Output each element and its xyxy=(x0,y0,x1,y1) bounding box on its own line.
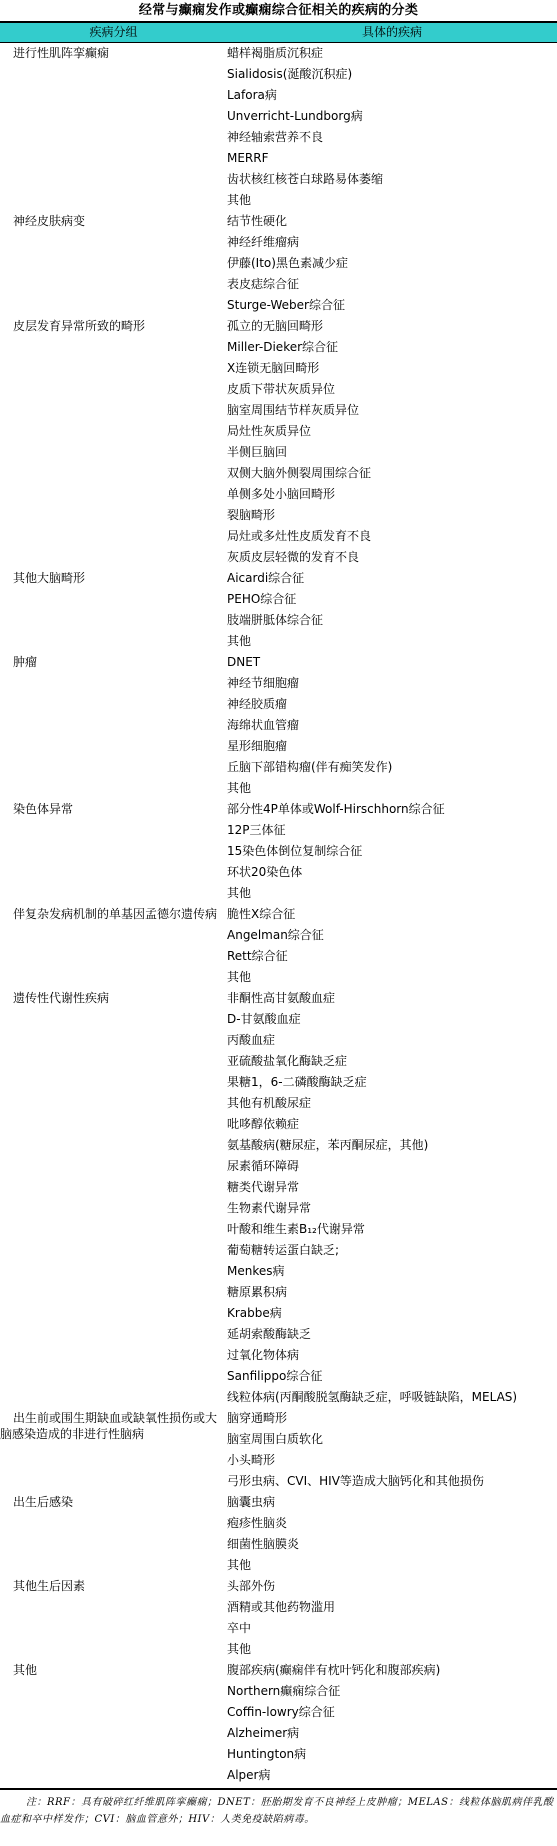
disease-item: Northern癫痫综合征 xyxy=(227,1681,557,1702)
disease-item: 环状20染色体 xyxy=(227,862,557,883)
disease-item: 果糖1，6-二磷酸酶缺乏症 xyxy=(227,1072,557,1093)
table-row-group: 其他生后因素头部外伤酒精或其他药物滥用卒中其他 xyxy=(0,1576,557,1660)
disease-item: 丙酸血症 xyxy=(227,1030,557,1051)
disease-item: 脑囊虫病 xyxy=(227,1492,557,1513)
disease-item: Alper病 xyxy=(227,1765,557,1786)
disease-item: D-甘氨酸血症 xyxy=(227,1009,557,1030)
disease-item: 神经节细胞瘤 xyxy=(227,673,557,694)
table-row-group: 伴复杂发病机制的单基因孟德尔遗传病脆性X综合征Angelman综合征Rett综合… xyxy=(0,904,557,988)
disease-item: Alzheimer病 xyxy=(227,1723,557,1744)
disease-item: 双侧大脑外侧裂周围综合征 xyxy=(227,463,557,484)
disease-item: 非酮性高甘氨酸血症 xyxy=(227,988,557,1009)
disease-item: 脆性X综合征 xyxy=(227,904,557,925)
disease-list: 蜡样褐脂质沉积症Sialidosis(涎酸沉积症)Lafora病Unverric… xyxy=(227,43,557,211)
group-name: 出生前或围生期缺血或缺氧性损伤或大脑感染造成的非进行性脑病 xyxy=(0,1408,227,1492)
disease-item: 脑室周围结节样灰质异位 xyxy=(227,400,557,421)
disease-item: 部分性4P单体或Wolf-Hirschhorn综合征 xyxy=(227,799,557,820)
disease-item: 其他 xyxy=(227,883,557,904)
disease-item: 腹部疾病(癫痫伴有枕叶钙化和腹部疾病) xyxy=(227,1660,557,1681)
disease-item: 卒中 xyxy=(227,1618,557,1639)
disease-item: 糖类代谢异常 xyxy=(227,1177,557,1198)
disease-list: 脑穿通畸形脑室周围白质软化小头畸形弓形虫病、CVI、HIV等造成大脑钙化和其他损… xyxy=(227,1408,557,1492)
group-name: 遗传性代谢性疾病 xyxy=(0,988,227,1408)
table-header: 疾病分组 具体的疾病 xyxy=(0,21,557,43)
disease-item: 结节性硬化 xyxy=(227,211,557,232)
table-row-group: 遗传性代谢性疾病非酮性高甘氨酸血症D-甘氨酸血症丙酸血症亚硫酸盐氧化酶缺乏症果糖… xyxy=(0,988,557,1408)
disease-item: Krabbe病 xyxy=(227,1303,557,1324)
disease-item: 其他 xyxy=(227,967,557,988)
group-name: 伴复杂发病机制的单基因孟德尔遗传病 xyxy=(0,904,227,988)
disease-item: 肢端胼胝体综合征 xyxy=(227,610,557,631)
disease-item: Rett综合征 xyxy=(227,946,557,967)
disease-item: 弓形虫病、CVI、HIV等造成大脑钙化和其他损伤 xyxy=(227,1471,557,1492)
disease-list: 非酮性高甘氨酸血症D-甘氨酸血症丙酸血症亚硫酸盐氧化酶缺乏症果糖1，6-二磷酸酶… xyxy=(227,988,557,1408)
disease-item: 脑室周围白质软化 xyxy=(227,1429,557,1450)
disease-item: 神经纤维瘤病 xyxy=(227,232,557,253)
disease-list: 脆性X综合征Angelman综合征Rett综合征其他 xyxy=(227,904,557,988)
table-row-group: 神经皮肤病变结节性硬化神经纤维瘤病伊藤(Ito)黑色素减少症表皮痣综合征Stur… xyxy=(0,211,557,316)
disease-item: 其他 xyxy=(227,1555,557,1576)
header-specific-disease: 具体的疾病 xyxy=(227,23,557,42)
disease-item: 皮质下带状灰质异位 xyxy=(227,379,557,400)
disease-item: 头部外伤 xyxy=(227,1576,557,1597)
table-row-group: 肿瘤DNET神经节细胞瘤神经胶质瘤海绵状血管瘤星形细胞瘤丘脑下部错构瘤(伴有痴笑… xyxy=(0,652,557,799)
disease-item: Coffin-lowry综合征 xyxy=(227,1702,557,1723)
disease-item: Lafora病 xyxy=(227,85,557,106)
group-name: 染色体异常 xyxy=(0,799,227,904)
disease-list: DNET神经节细胞瘤神经胶质瘤海绵状血管瘤星形细胞瘤丘脑下部错构瘤(伴有痴笑发作… xyxy=(227,652,557,799)
table-row-group: 出生前或围生期缺血或缺氧性损伤或大脑感染造成的非进行性脑病脑穿通畸形脑室周围白质… xyxy=(0,1408,557,1492)
disease-list: 结节性硬化神经纤维瘤病伊藤(Ito)黑色素减少症表皮痣综合征Sturge-Web… xyxy=(227,211,557,316)
disease-list: 孤立的无脑回畸形Miller-Dieker综合征X连锁无脑回畸形皮质下带状灰质异… xyxy=(227,316,557,568)
disease-item: 叶酸和维生素B₁₂代谢异常 xyxy=(227,1219,557,1240)
disease-item: 亚硫酸盐氧化酶缺乏症 xyxy=(227,1051,557,1072)
disease-item: 丘脑下部错构瘤(伴有痴笑发作) xyxy=(227,757,557,778)
disease-item: 单侧多处小脑回畸形 xyxy=(227,484,557,505)
disease-item: 其他 xyxy=(227,1639,557,1660)
group-name: 其他大脑畸形 xyxy=(0,568,227,652)
disease-item: DNET xyxy=(227,652,557,673)
disease-item: X连锁无脑回畸形 xyxy=(227,358,557,379)
disease-list: Aicardi综合征PEHO综合征肢端胼胝体综合征其他 xyxy=(227,568,557,652)
disease-item: 延胡索酸酶缺乏 xyxy=(227,1324,557,1345)
group-name: 皮层发育异常所致的畸形 xyxy=(0,316,227,568)
group-name: 神经皮肤病变 xyxy=(0,211,227,316)
disease-item: PEHO综合征 xyxy=(227,589,557,610)
disease-item: Unverricht-Lundborg病 xyxy=(227,106,557,127)
disease-item: 小头畸形 xyxy=(227,1450,557,1471)
disease-item: MERRF xyxy=(227,148,557,169)
table-row-group: 染色体异常部分性4P单体或Wolf-Hirschhorn综合征12P三体征15染… xyxy=(0,799,557,904)
table-row-group: 其他大脑畸形Aicardi综合征PEHO综合征肢端胼胝体综合征其他 xyxy=(0,568,557,652)
disease-classification-table: 疾病分组 具体的疾病 进行性肌阵挛癫痫蜡样褐脂质沉积症Sialidosis(涎酸… xyxy=(0,21,557,1828)
group-name: 其他生后因素 xyxy=(0,1576,227,1660)
disease-list: 部分性4P单体或Wolf-Hirschhorn综合征12P三体征15染色体倒位复… xyxy=(227,799,557,904)
disease-item: 神经胶质瘤 xyxy=(227,694,557,715)
disease-item: 过氧化物体病 xyxy=(227,1345,557,1366)
table-body: 进行性肌阵挛癫痫蜡样褐脂质沉积症Sialidosis(涎酸沉积症)Lafora病… xyxy=(0,43,557,1786)
group-name: 肿瘤 xyxy=(0,652,227,799)
disease-item: Angelman综合征 xyxy=(227,925,557,946)
disease-item: 海绵状血管瘤 xyxy=(227,715,557,736)
disease-item: 葡萄糖转运蛋白缺乏; xyxy=(227,1240,557,1261)
table-title: 经常与癫痫发作或癫痫综合征相关的疾病的分类 xyxy=(0,0,557,21)
disease-item: 其他 xyxy=(227,631,557,652)
footnote: 注：RRF：具有破碎红纤维肌阵挛癫痫；DNET：胚胎期发育不良神经上皮肿瘤；ME… xyxy=(0,1790,557,1828)
disease-item: Aicardi综合征 xyxy=(227,568,557,589)
disease-item: 半侧巨脑回 xyxy=(227,442,557,463)
disease-item: 线粒体病(丙酮酸脱氢酶缺乏症，呼吸链缺陷，MELAS) xyxy=(227,1387,557,1408)
disease-item: 氨基酸病(糖尿症，苯丙酮尿症，其他) xyxy=(227,1135,557,1156)
disease-item: 伊藤(Ito)黑色素减少症 xyxy=(227,253,557,274)
disease-item: 其他 xyxy=(227,190,557,211)
header-disease-group: 疾病分组 xyxy=(0,23,227,42)
disease-item: 吡哆醇依赖症 xyxy=(227,1114,557,1135)
table-row-group: 其他腹部疾病(癫痫伴有枕叶钙化和腹部疾病)Northern癫痫综合征Coffin… xyxy=(0,1660,557,1786)
group-name: 出生后感染 xyxy=(0,1492,227,1576)
disease-item: 蜡样褐脂质沉积症 xyxy=(227,43,557,64)
disease-item: Miller-Dieker综合征 xyxy=(227,337,557,358)
table-row-group: 进行性肌阵挛癫痫蜡样褐脂质沉积症Sialidosis(涎酸沉积症)Lafora病… xyxy=(0,43,557,211)
disease-item: Huntington病 xyxy=(227,1744,557,1765)
disease-item: Sturge-Weber综合征 xyxy=(227,295,557,316)
disease-item: 神经轴索营养不良 xyxy=(227,127,557,148)
disease-item: Menkes病 xyxy=(227,1261,557,1282)
disease-list: 腹部疾病(癫痫伴有枕叶钙化和腹部疾病)Northern癫痫综合征Coffin-l… xyxy=(227,1660,557,1786)
disease-item: 酒精或其他药物滥用 xyxy=(227,1597,557,1618)
disease-item: 灰质皮层轻微的发育不良 xyxy=(227,547,557,568)
disease-item: 表皮痣综合征 xyxy=(227,274,557,295)
disease-item: 12P三体征 xyxy=(227,820,557,841)
disease-item: 尿素循环障碍 xyxy=(227,1156,557,1177)
disease-list: 脑囊虫病疱疹性脑炎细菌性脑膜炎其他 xyxy=(227,1492,557,1576)
disease-item: 星形细胞瘤 xyxy=(227,736,557,757)
disease-item: 生物素代谢异常 xyxy=(227,1198,557,1219)
disease-item: 15染色体倒位复制综合征 xyxy=(227,841,557,862)
group-name: 进行性肌阵挛癫痫 xyxy=(0,43,227,211)
disease-item: 细菌性脑膜炎 xyxy=(227,1534,557,1555)
disease-item: Sialidosis(涎酸沉积症) xyxy=(227,64,557,85)
disease-item: 裂脑畸形 xyxy=(227,505,557,526)
disease-item: 其他有机酸尿症 xyxy=(227,1093,557,1114)
disease-item: 疱疹性脑炎 xyxy=(227,1513,557,1534)
disease-item: 局灶或多灶性皮质发育不良 xyxy=(227,526,557,547)
disease-list: 头部外伤酒精或其他药物滥用卒中其他 xyxy=(227,1576,557,1660)
disease-item: 齿状核红核苍白球路易体萎缩 xyxy=(227,169,557,190)
disease-item: 脑穿通畸形 xyxy=(227,1408,557,1429)
group-name: 其他 xyxy=(0,1660,227,1786)
disease-item: 局灶性灰质异位 xyxy=(227,421,557,442)
disease-item: 孤立的无脑回畸形 xyxy=(227,316,557,337)
table-row-group: 皮层发育异常所致的畸形孤立的无脑回畸形Miller-Dieker综合征X连锁无脑… xyxy=(0,316,557,568)
table-row-group: 出生后感染脑囊虫病疱疹性脑炎细菌性脑膜炎其他 xyxy=(0,1492,557,1576)
disease-item: 其他 xyxy=(227,778,557,799)
disease-item: Sanfilippo综合征 xyxy=(227,1366,557,1387)
disease-item: 糖原累积病 xyxy=(227,1282,557,1303)
